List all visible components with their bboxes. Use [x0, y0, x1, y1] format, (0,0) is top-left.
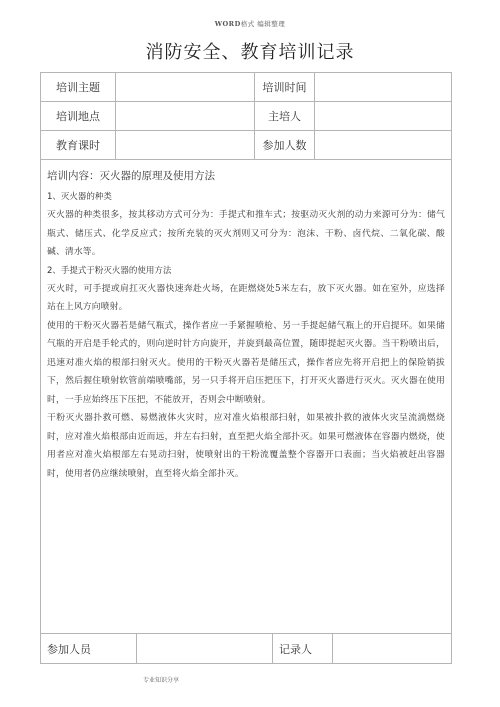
info-row-hours: 教育课时 参加人数 [41, 131, 451, 160]
section-paragraph: 灭火时，可手提或肩扛灭火器快速奔赴火场，在距燃烧处5米左右，放下灭火器。如在室外… [47, 280, 445, 317]
signature-row: 参加人员 记录人 [41, 634, 451, 663]
label-participant-count: 参加人数 [255, 131, 315, 159]
info-row-location: 培训地点 主培人 [41, 102, 451, 131]
label-recorder: 记录人 [273, 634, 333, 663]
value-training-topic[interactable] [116, 73, 255, 101]
label-training-location: 培训地点 [41, 102, 116, 130]
label-participants: 参加人员 [41, 634, 137, 663]
page-header: WORD格式 编辑整理 [0, 19, 500, 28]
label-training-topic: 培训主题 [41, 73, 116, 101]
section-title-usage: 2、手提式于粉灭火器的使用方法 [47, 262, 445, 280]
value-training-time[interactable] [315, 73, 451, 101]
info-row-topic: 培训主题 培训时间 [41, 73, 451, 102]
value-training-location[interactable] [116, 102, 255, 130]
section-paragraph: 干粉灭火器扑救可燃、易燃液体火灾时，应对准火焰根部扫射，如果被扑救的液体火灾呈流… [47, 409, 445, 483]
value-lead-trainer[interactable] [315, 102, 451, 130]
label-training-time: 培训时间 [255, 73, 315, 101]
label-education-hours: 教育课时 [41, 131, 116, 159]
section-paragraph: 使用的干粉灭火器若是储气瓶式，操作者应一手紧握喷枪、另一手提起储气瓶上的开启提环… [47, 317, 445, 410]
training-record-table: 培训主题 培训时间 培训地点 主培人 教育课时 参加人数 培训内容：灭火器的原理… [40, 72, 452, 664]
training-content-heading: 培训内容：灭火器的原理及使用方法 [47, 166, 445, 186]
label-lead-trainer: 主培人 [255, 102, 315, 130]
value-recorder[interactable] [333, 634, 451, 663]
training-content-cell: 培训内容：灭火器的原理及使用方法 1、灭火器的种类 灭火器的种类很多，按其移动方… [41, 160, 451, 633]
content-row: 培训内容：灭火器的原理及使用方法 1、灭火器的种类 灭火器的种类很多，按其移动方… [41, 160, 451, 634]
page-header-prefix: WORD [215, 20, 241, 28]
value-participants[interactable] [137, 634, 273, 663]
page-footer: 专业知识分享 [143, 675, 179, 684]
value-education-hours[interactable] [116, 131, 255, 159]
section-paragraph: 灭火器的种类很多，按其移动方式可分为：手提式和推车式；按驱动灭火剂的动力来源可分… [47, 206, 445, 262]
value-participant-count[interactable] [315, 131, 451, 159]
page-header-text: 格式 编辑整理 [241, 20, 286, 28]
document-title: 消防安全、教育培训记录 [0, 38, 500, 64]
section-title-types: 1、灭火器的种类 [47, 188, 445, 206]
